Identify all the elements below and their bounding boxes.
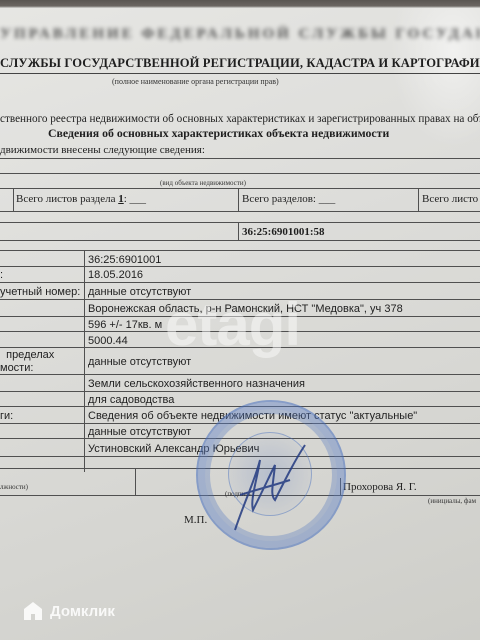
name-caption: (инициалы, фам — [428, 497, 476, 505]
row-value: 5000.44 — [88, 335, 128, 347]
divider — [238, 222, 239, 240]
agency-underline — [0, 73, 480, 74]
divider — [0, 188, 480, 189]
row-label: пределах мости: — [0, 349, 54, 375]
sheets-in-section: Всего листов раздела 1: ___ — [16, 193, 146, 205]
divider — [0, 158, 480, 159]
divider — [135, 468, 136, 496]
section-title: Сведения об основных характеристиках объ… — [48, 126, 389, 141]
sheets-in-section-value: : ___ — [124, 193, 146, 205]
agency-title: СЛУЖБЫ ГОСУДАРСТВЕННОЙ РЕГИСТРАЦИИ, КАДА… — [0, 56, 480, 71]
divider — [0, 374, 480, 375]
agency-caption: (полное наименование органа регистрации … — [112, 77, 279, 86]
intro-line: ственного реестра недвижимости об основн… — [0, 113, 480, 125]
house-logo-icon — [22, 600, 44, 622]
row-label: ги: — [0, 410, 13, 422]
row-value: Земли сельскохозяйственного назначения — [88, 378, 305, 390]
seal-label: М.П. — [184, 514, 207, 526]
cadastral-number: 36:25:6901001:58 — [242, 226, 325, 238]
row-value: для садоводства — [88, 394, 174, 406]
divider — [0, 391, 480, 392]
divider — [13, 188, 14, 211]
divider — [0, 250, 480, 251]
divider — [0, 240, 480, 241]
divider — [0, 173, 480, 174]
row-label: учетный номер: — [0, 286, 80, 298]
divider — [418, 188, 419, 211]
divider — [0, 266, 480, 267]
row-value: 596 +/- 17кв. м — [88, 319, 162, 331]
logo-text: Домклик — [50, 603, 115, 620]
divider — [0, 222, 480, 223]
signature-scribble-icon — [215, 440, 315, 540]
entered-line: движимости внесены следующие сведения: — [0, 144, 205, 156]
row-value: 36:25:6901001 — [88, 254, 161, 266]
total-sheets: Всего листо — [422, 193, 478, 205]
signer-name: Прохорова Я. Г. — [343, 481, 417, 493]
total-sections: Всего разделов: ___ — [242, 193, 335, 205]
watermark: etagi — [165, 290, 300, 359]
domclick-logo: Домклик — [22, 600, 115, 622]
blurred-header: УПРАВЛЕНИЕ ФЕДЕРАЛЬНОЙ СЛУЖБЫ ГОСУДАРСТВ… — [0, 26, 480, 48]
row-value: данные отсутствуют — [88, 426, 191, 438]
sheets-in-section-label: Всего листов раздела — [16, 193, 115, 205]
object-type-caption: (вид объекта недвижимости) — [160, 179, 246, 187]
divider — [238, 188, 239, 211]
position-caption: лжности) — [0, 483, 28, 491]
divider — [0, 282, 480, 283]
row-value: 18.05.2016 — [88, 269, 143, 281]
row-label: : — [0, 269, 3, 281]
divider — [0, 211, 480, 212]
